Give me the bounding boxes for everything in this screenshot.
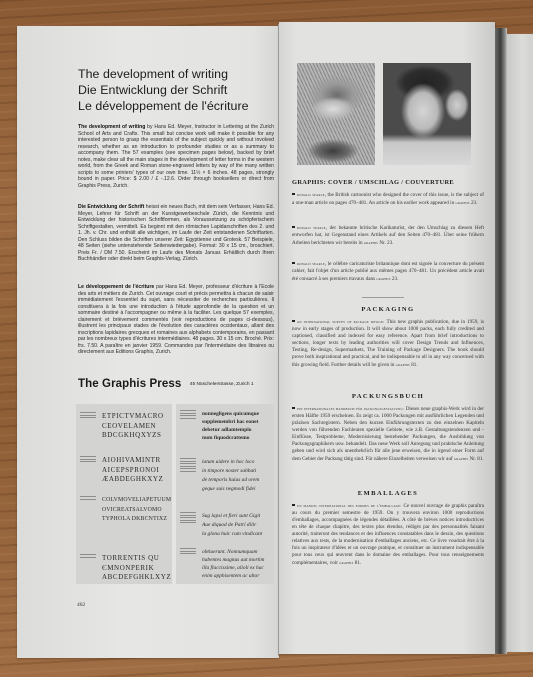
next-page-edge xyxy=(507,34,533,652)
specimen-page-scripts: nonnegligens quicumque supplemembri hac … xyxy=(176,404,274,584)
caption-title: GRAPHIS: COVER / UMSCHLAG / COUVERTURE xyxy=(292,179,454,186)
paragraph-lead: Le développement de l'écriture xyxy=(78,284,154,290)
specimen-lines: Sug lapsi et fieri sunt Gigit Aue diquod… xyxy=(202,512,271,539)
specimen-lines: COLVMOVELIAPETUUM OVICREATSALVOMO TYPHOL… xyxy=(102,496,169,525)
specimen-note xyxy=(80,496,96,501)
section-title-packungsbuch: PACKUNGSBUCH xyxy=(292,393,484,400)
specimen-page-capitals: ETPICTVMACRO CEOVELAMEN BDCGKHQXYZS AIOH… xyxy=(76,404,172,584)
publisher-line: The Graphis Press 45 Nüschelerstrasse, Z… xyxy=(78,374,254,392)
cover-illustration-image: Graphis cover illustration by Ronald Sea… xyxy=(297,63,375,165)
paragraph-text: par Hans Ed. Meyer, professeur d'écritur… xyxy=(78,284,274,355)
paragraph-english: The development of writing by Hans Ed. M… xyxy=(78,124,274,189)
specimen-note xyxy=(180,512,196,525)
section-title-packaging: PACKAGING xyxy=(292,306,484,313)
caption-paragraph-german: ronald searle, der bekannte britische Ka… xyxy=(292,224,484,247)
paragraph-text: by Hans Ed. Meyer, Instructor in Letteri… xyxy=(78,124,274,189)
paragraph-text: heisst ein neues Buch, mit dem sein Verf… xyxy=(78,204,274,262)
specimen-note xyxy=(80,456,96,464)
publisher-address: 45 Nüschelerstrasse, Zurich 1 xyxy=(190,382,254,387)
specimen-note xyxy=(80,412,96,420)
specimen-lines: latum uidere in hoc loco in timpore nost… xyxy=(202,458,271,494)
specimen-note xyxy=(180,548,196,556)
page-number: 462 xyxy=(77,602,85,608)
bullet-icon xyxy=(292,504,295,507)
caption-paragraph-french: ronald searle, le célèbre caricaturiste … xyxy=(292,260,484,283)
caption-paragraph-english: ronald searle, the British cartoonist wh… xyxy=(292,191,484,207)
section-divider xyxy=(362,297,404,298)
specimen-lines: TORRENTIS QU ЄMNONPERIK ABCDEFGHKLXYZ xyxy=(102,554,169,583)
section-body-emballages: un manuel international des formes de l'… xyxy=(292,502,484,567)
headline: The development of writing Die Entwicklu… xyxy=(78,66,249,114)
section-body-packungsbuch: ein internationales handbuch für packung… xyxy=(292,405,484,463)
paragraph-german: Die Entwicklung der Schrift heisst ein n… xyxy=(78,204,274,263)
bullet-icon xyxy=(292,320,295,323)
bullet-icon xyxy=(292,262,295,265)
paragraph-french: Le développement de l'écriture par Hans … xyxy=(78,284,274,356)
specimen-note xyxy=(180,458,196,474)
headline-french: Le développement de l'écriture xyxy=(78,98,249,114)
specimen-lines: AIOHIVAMINTR AICEPSPRONOI ÆABDEGHKXYZ xyxy=(102,456,169,485)
book-gutter xyxy=(278,24,279,656)
specimen-note xyxy=(80,554,96,559)
headline-german: Die Entwicklung der Schrift xyxy=(78,82,249,98)
specimen-lines: obtiuerunt. Nonnumquam habentes magnus a… xyxy=(202,548,271,580)
bullet-icon xyxy=(292,407,295,410)
paragraph-lead: The development of writing xyxy=(78,124,145,130)
specimen-lines: nonnegligens quicumque supplemembri hac … xyxy=(202,410,271,442)
bullet-icon xyxy=(292,193,295,196)
page-edge-shadow xyxy=(495,28,507,654)
paragraph-lead: Die Entwicklung der Schrift xyxy=(78,204,144,210)
headline-english: The development of writing xyxy=(78,66,249,82)
specimen-note xyxy=(180,410,196,420)
section-body-packaging: an international survey of package desig… xyxy=(292,318,484,369)
specimen-lines: ETPICTVMACRO CEOVELAMEN BDCGKHQXYZS xyxy=(102,412,169,441)
portrait-photo-image: Portrait of Ronald Searle xyxy=(383,63,471,165)
section-title-emballages: EMBALLAGES xyxy=(292,490,484,497)
publisher-name: The Graphis Press xyxy=(78,378,181,390)
bullet-icon xyxy=(292,226,295,229)
